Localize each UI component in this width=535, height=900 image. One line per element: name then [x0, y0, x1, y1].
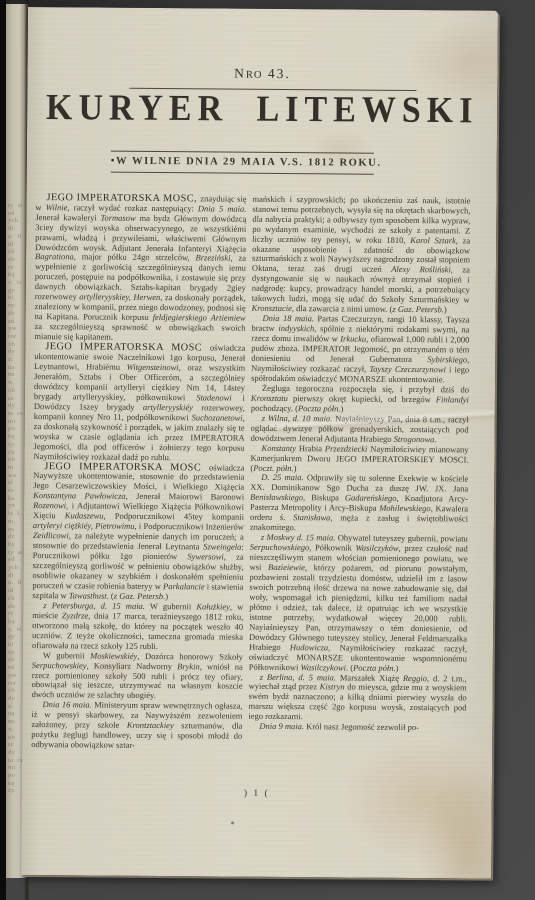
column-left: JEGO IMPERATORSKA MOSC, znayduiąc się w …	[31, 193, 246, 752]
article-paragraph: Dnia 16 maia. Ministeryum spraw wewnętrz…	[31, 700, 242, 751]
article-paragraph: Żegluga tegoroczna rozpoczęła się, i prz…	[251, 384, 469, 416]
article-paragraph: W gubernii Moskiewskiéy, Dozórca honorow…	[32, 651, 243, 702]
dateline-text: •W WILNIE DNIA 29 MAIA V.S. 1812 ROKU.	[111, 155, 382, 168]
article-paragraph: z Petersburga, d. 15 maia. W gubernii Ka…	[32, 601, 243, 652]
newspaper-page: NRO 43. KURYER LITEWSKI •W WILNIE DNIA 2…	[21, 7, 498, 879]
document-scan-background: ty ai ed ych di u. ił id ch eh rż ką y, …	[0, 0, 535, 900]
article-body: JEGO IMPERATORSKA MOSC, znayduiąc się w …	[31, 193, 490, 754]
masthead: NRO 43. KURYER LITEWSKI •W WILNIE DNIA 2…	[27, 7, 498, 175]
footnote-mark: *	[231, 820, 235, 829]
article-paragraph: D. 25 maia. Odprawiły się tu solenne Exe…	[250, 473, 468, 534]
article-paragraph: z Berlina, d. 5 maia. Marszałek Xiążę Re…	[248, 672, 466, 723]
article-paragraph: z Wilna, d. 10 maia. Nayiaśnieyszy Pan, …	[251, 413, 469, 445]
article-paragraph: mańskich i szyprowskich; po ukończeniu z…	[252, 195, 471, 316]
article-paragraph: Dnia 18 maia. Partas Czeczurzyn, rangi 1…	[251, 314, 470, 385]
article-paragraph: JEGO IMPERATORSKA MOSC oświadcza ukonten…	[33, 342, 245, 463]
article-paragraph: Dnia 9 maia. Król nasz Jegomość zezwolił…	[248, 722, 466, 734]
dateline-band: •W WILNIE DNIA 29 MAIA V.S. 1812 ROKU.	[111, 150, 374, 174]
adjacent-page-edge-text: ty ai ed ych di u. ił id ch eh rż ką y, …	[8, 202, 23, 794]
article-paragraph: z Moskwy d. 15 maia. Obywatel tuteyszey …	[249, 533, 468, 674]
issue-number: NRO 43.	[27, 7, 498, 84]
column-right: mańskich i szyprowskich; po ukończeniu z…	[248, 195, 470, 754]
newspaper-title: KURYER LITEWSKI	[27, 87, 497, 132]
article-paragraph: Konstanty Hrabia Przezdziecki Naymiłości…	[250, 443, 468, 475]
article-paragraph: JEGO IMPERATORSKA MOSC, znayduiąc się w …	[34, 193, 246, 344]
article-paragraph: JEGO IMPERATORSKA MOSC oświadcza Naywyżs…	[32, 462, 244, 603]
page-number-mark: ) 1 (	[22, 787, 492, 801]
